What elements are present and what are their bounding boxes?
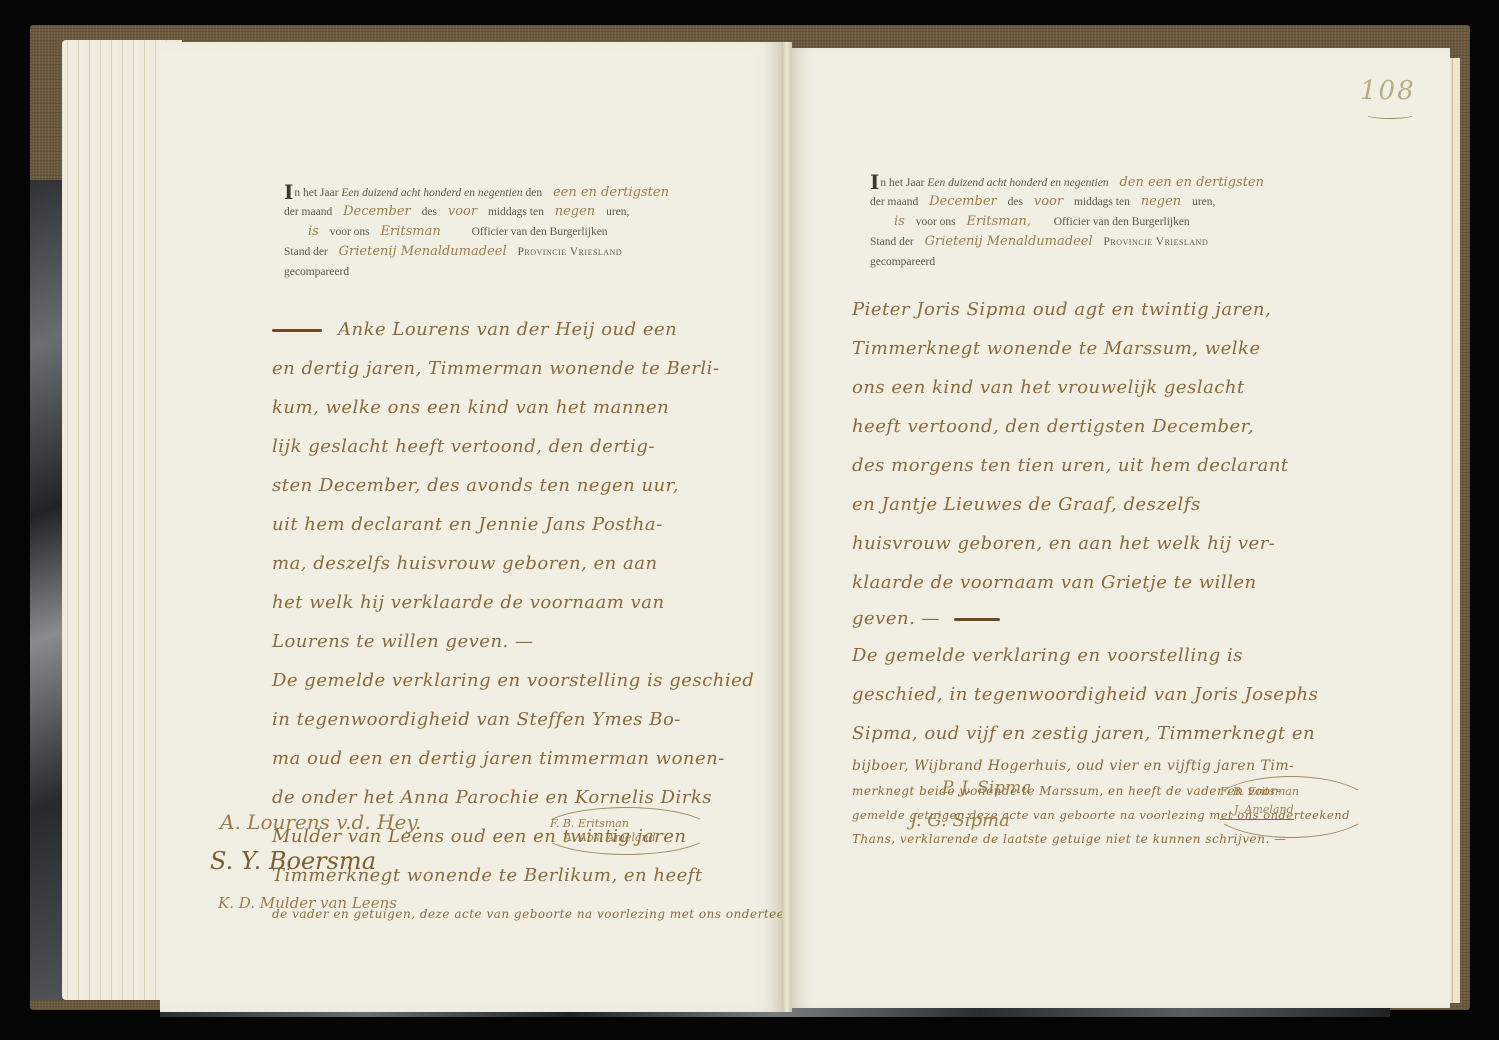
hour-fill: negen — [1141, 192, 1181, 212]
ampm-fill: voor — [448, 202, 477, 222]
signature-father: A. Lourens v.d. Hey. — [220, 810, 421, 834]
flourish-decoration — [1210, 776, 1372, 838]
ampm-fill: voor — [1034, 192, 1063, 212]
date-fill: een en dertigsten — [553, 183, 669, 203]
hour-fill: negen — [555, 202, 595, 222]
dropcap: I — [284, 180, 293, 204]
officer-fill: Eritsman — [381, 222, 441, 242]
folio-number: 108 — [1360, 76, 1416, 106]
month-fill: December — [343, 202, 411, 222]
signature-witness: J. G. Sipma — [910, 810, 1010, 831]
signature-witness-1: S. Y. Boersma — [210, 847, 376, 875]
flourish-decoration — [540, 807, 712, 855]
right-printed-form: In het Jaar Een duizend acht honderd en … — [870, 172, 1330, 272]
left-page: In het Jaar Een duizend acht honderd en … — [160, 42, 782, 1012]
officer-fill: Eritsman, — [967, 212, 1031, 232]
folio-underline — [1365, 110, 1415, 119]
date-fill: den een en dertigsten — [1119, 173, 1264, 193]
dropcap: I — [870, 170, 879, 194]
left-printed-form: In het Jaar Een duizend acht honderd en … — [284, 182, 744, 282]
municipality-fill: Grietenij Menaldumadeel — [339, 242, 507, 262]
municipality-fill: Grietenij Menaldumadeel — [925, 232, 1093, 252]
left-handwritten-entry: Anke Lourens van der Heij oud een en der… — [272, 310, 792, 934]
signature-witness-2: K. D. Mulder van Leens — [218, 894, 397, 912]
month-fill: December — [929, 192, 997, 212]
signature-father: P. J. Sipma — [942, 778, 1031, 798]
right-page: 108 In het Jaar Een duizend acht honderd… — [790, 48, 1450, 1008]
right-handwritten-entry: Pieter Joris Sipma oud agt en twintig ja… — [852, 290, 1412, 851]
